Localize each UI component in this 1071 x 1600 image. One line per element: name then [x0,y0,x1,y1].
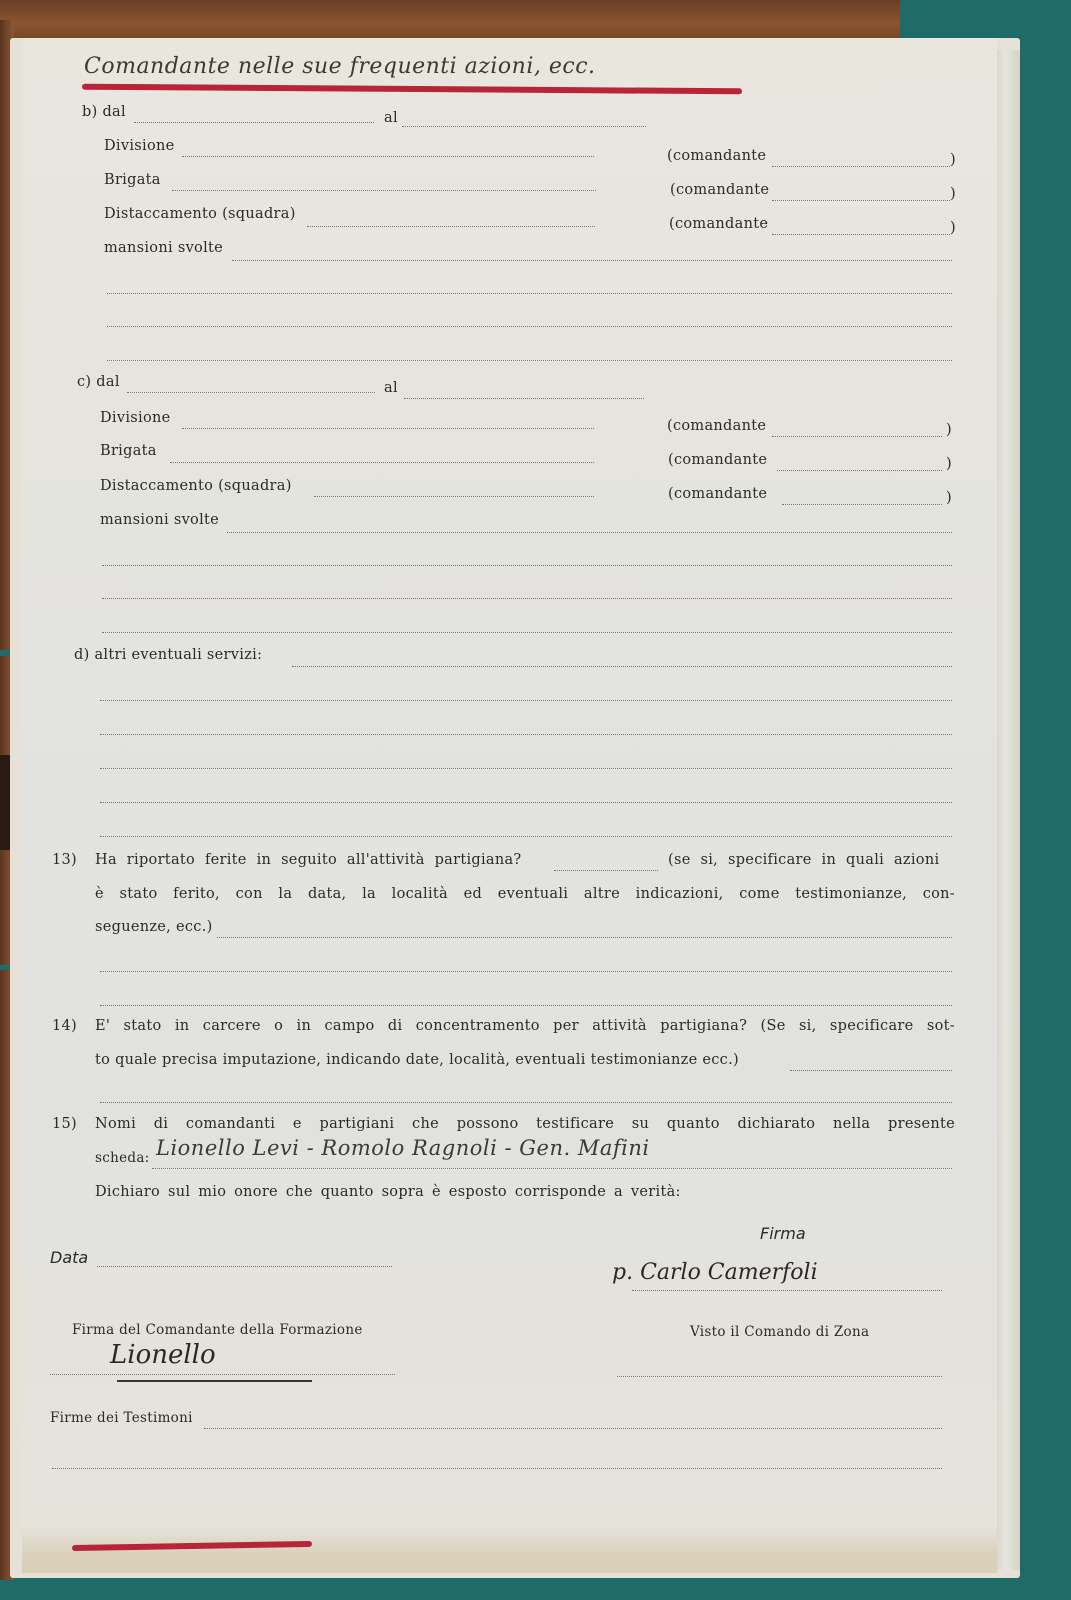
data-field[interactable] [97,1266,392,1267]
red-pencil-underline [82,84,742,95]
section-d-field-5[interactable] [100,802,952,803]
q15-question: Nomi di comandanti e partigiani che poss… [95,1116,955,1132]
q14-answer-field-1[interactable] [790,1070,952,1071]
section-b-dal-field[interactable] [134,122,374,123]
q13-question: Ha riportato ferite in seguito all'attiv… [95,852,522,868]
paren: ) [946,490,952,506]
section-c-mansioni-field-4[interactable] [102,632,952,633]
comandante-formazione-label: Firma del Comandante della Formazione [72,1322,363,1338]
section-c-dal-label: c) dal [77,374,120,390]
paren: ) [950,152,956,168]
q13-details-field-2[interactable] [100,971,952,972]
q14-question: E' stato in carcere o in campo di concen… [95,1018,955,1034]
section-c-mansioni-field-1[interactable] [227,532,952,533]
wooden-frame-top [0,0,900,38]
comandante-formazione-field[interactable] [50,1374,395,1375]
section-b-distaccamento-label: Distaccamento (squadra) [104,206,296,222]
q15-handwritten-names: Lionello Levi - Romolo Ragnoli - Gen. Ma… [156,1136,650,1160]
section-b-brigata-field[interactable] [172,190,596,191]
section-b-distaccamento-comandante-field[interactable] [772,234,950,235]
section-b-divisione-comandante-field[interactable] [772,166,950,167]
comando-zona-label: Visto il Comando di Zona [690,1324,869,1340]
q13-answer-field[interactable] [554,870,658,871]
section-b-brigata-comandante-label: (comandante [670,182,769,198]
section-c-mansioni-field-2[interactable] [102,565,952,566]
section-c-distaccamento-comandante-label: (comandante [668,486,767,502]
section-c-dal-field[interactable] [127,392,375,393]
section-c-distaccamento-comandante-field[interactable] [782,504,942,505]
comandante-signature: Lionello [110,1340,216,1370]
firma-signature: p. Carlo Camerfoli [612,1260,818,1285]
q13-number: 13) [52,852,77,868]
section-b-brigata-label: Brigata [104,172,161,188]
q14-instruction: to quale precisa imputazione, indicando … [95,1052,739,1068]
section-d-label: d) altri eventuali servizi: [74,647,262,663]
q13-instruction-2: è stato ferito, con la data, la località… [95,886,955,902]
section-b-distaccamento-comandante-label: (comandante [669,216,768,232]
q13-instruction: (se si, specificare in quali azioni [668,852,939,868]
section-b-divisione-label: Divisione [104,138,175,154]
section-d-field-1[interactable] [292,666,952,667]
paren: ) [950,220,956,236]
q13-details-field-3[interactable] [100,1005,952,1006]
section-c-brigata-field[interactable] [170,462,594,463]
paren: ) [946,422,952,438]
section-c-distaccamento-label: Distaccamento (squadra) [100,478,292,494]
data-label: Data [50,1248,88,1267]
section-b-mansioni-label: mansioni svolte [104,240,223,256]
form-page: Comandante nelle sue frequenti azioni, e… [22,38,997,1573]
section-c-distaccamento-field[interactable] [314,496,594,497]
paren: ) [950,186,956,202]
section-c-mansioni-label: mansioni svolte [100,512,219,528]
section-b-dal-label: b) dal [82,104,126,120]
q15-scheda-label: scheda: [95,1150,150,1166]
q14-number: 14) [52,1018,77,1034]
section-c-al-field[interactable] [404,398,644,399]
section-b-mansioni-field-3[interactable] [107,326,952,327]
firma-label: Firma [760,1224,806,1243]
q15-number: 15) [52,1116,77,1132]
section-b-divisione-field[interactable] [182,156,594,157]
handwritten-header-note: Comandante nelle sue frequenti azioni, e… [84,54,596,79]
section-b-brigata-comandante-field[interactable] [772,200,950,201]
section-d-field-2[interactable] [100,700,952,701]
section-d-field-3[interactable] [100,734,952,735]
section-c-divisione-comandante-label: (comandante [667,418,766,434]
signature-underline [117,1380,312,1382]
section-b-divisione-comandante-label: (comandante [667,148,766,164]
torn-bottom-edge [22,1526,997,1573]
firma-field[interactable] [632,1290,942,1291]
section-d-field-6[interactable] [100,836,952,837]
section-c-divisione-comandante-field[interactable] [772,436,942,437]
section-c-divisione-field[interactable] [182,428,594,429]
paren: ) [946,456,952,472]
section-b-mansioni-field-4[interactable] [107,360,952,361]
testimoni-label: Firme dei Testimoni [50,1410,193,1426]
section-c-mansioni-field-3[interactable] [102,598,952,599]
testimoni-field-2[interactable] [52,1468,942,1469]
section-b-al-label: al [384,110,398,126]
q14-answer-field-2[interactable] [100,1102,952,1103]
section-c-brigata-label: Brigata [100,443,157,459]
section-d-field-4[interactable] [100,768,952,769]
section-b-al-field[interactable] [402,126,646,127]
section-c-al-label: al [384,380,398,396]
section-b-mansioni-field-1[interactable] [232,260,952,261]
section-c-divisione-label: Divisione [100,410,171,426]
q13-details-field-1[interactable] [217,937,952,938]
declaration-text: Dichiaro sul mio onore che quanto sopra … [95,1184,681,1200]
q13-instruction-3: seguenze, ecc.) [95,919,213,935]
section-c-brigata-comandante-label: (comandante [668,452,767,468]
q15-names-field[interactable] [152,1168,952,1169]
comando-zona-field[interactable] [617,1376,942,1377]
section-c-brigata-comandante-field[interactable] [777,470,942,471]
section-b-distaccamento-field[interactable] [307,226,595,227]
testimoni-field-1[interactable] [204,1428,942,1429]
section-b-mansioni-field-2[interactable] [107,293,952,294]
